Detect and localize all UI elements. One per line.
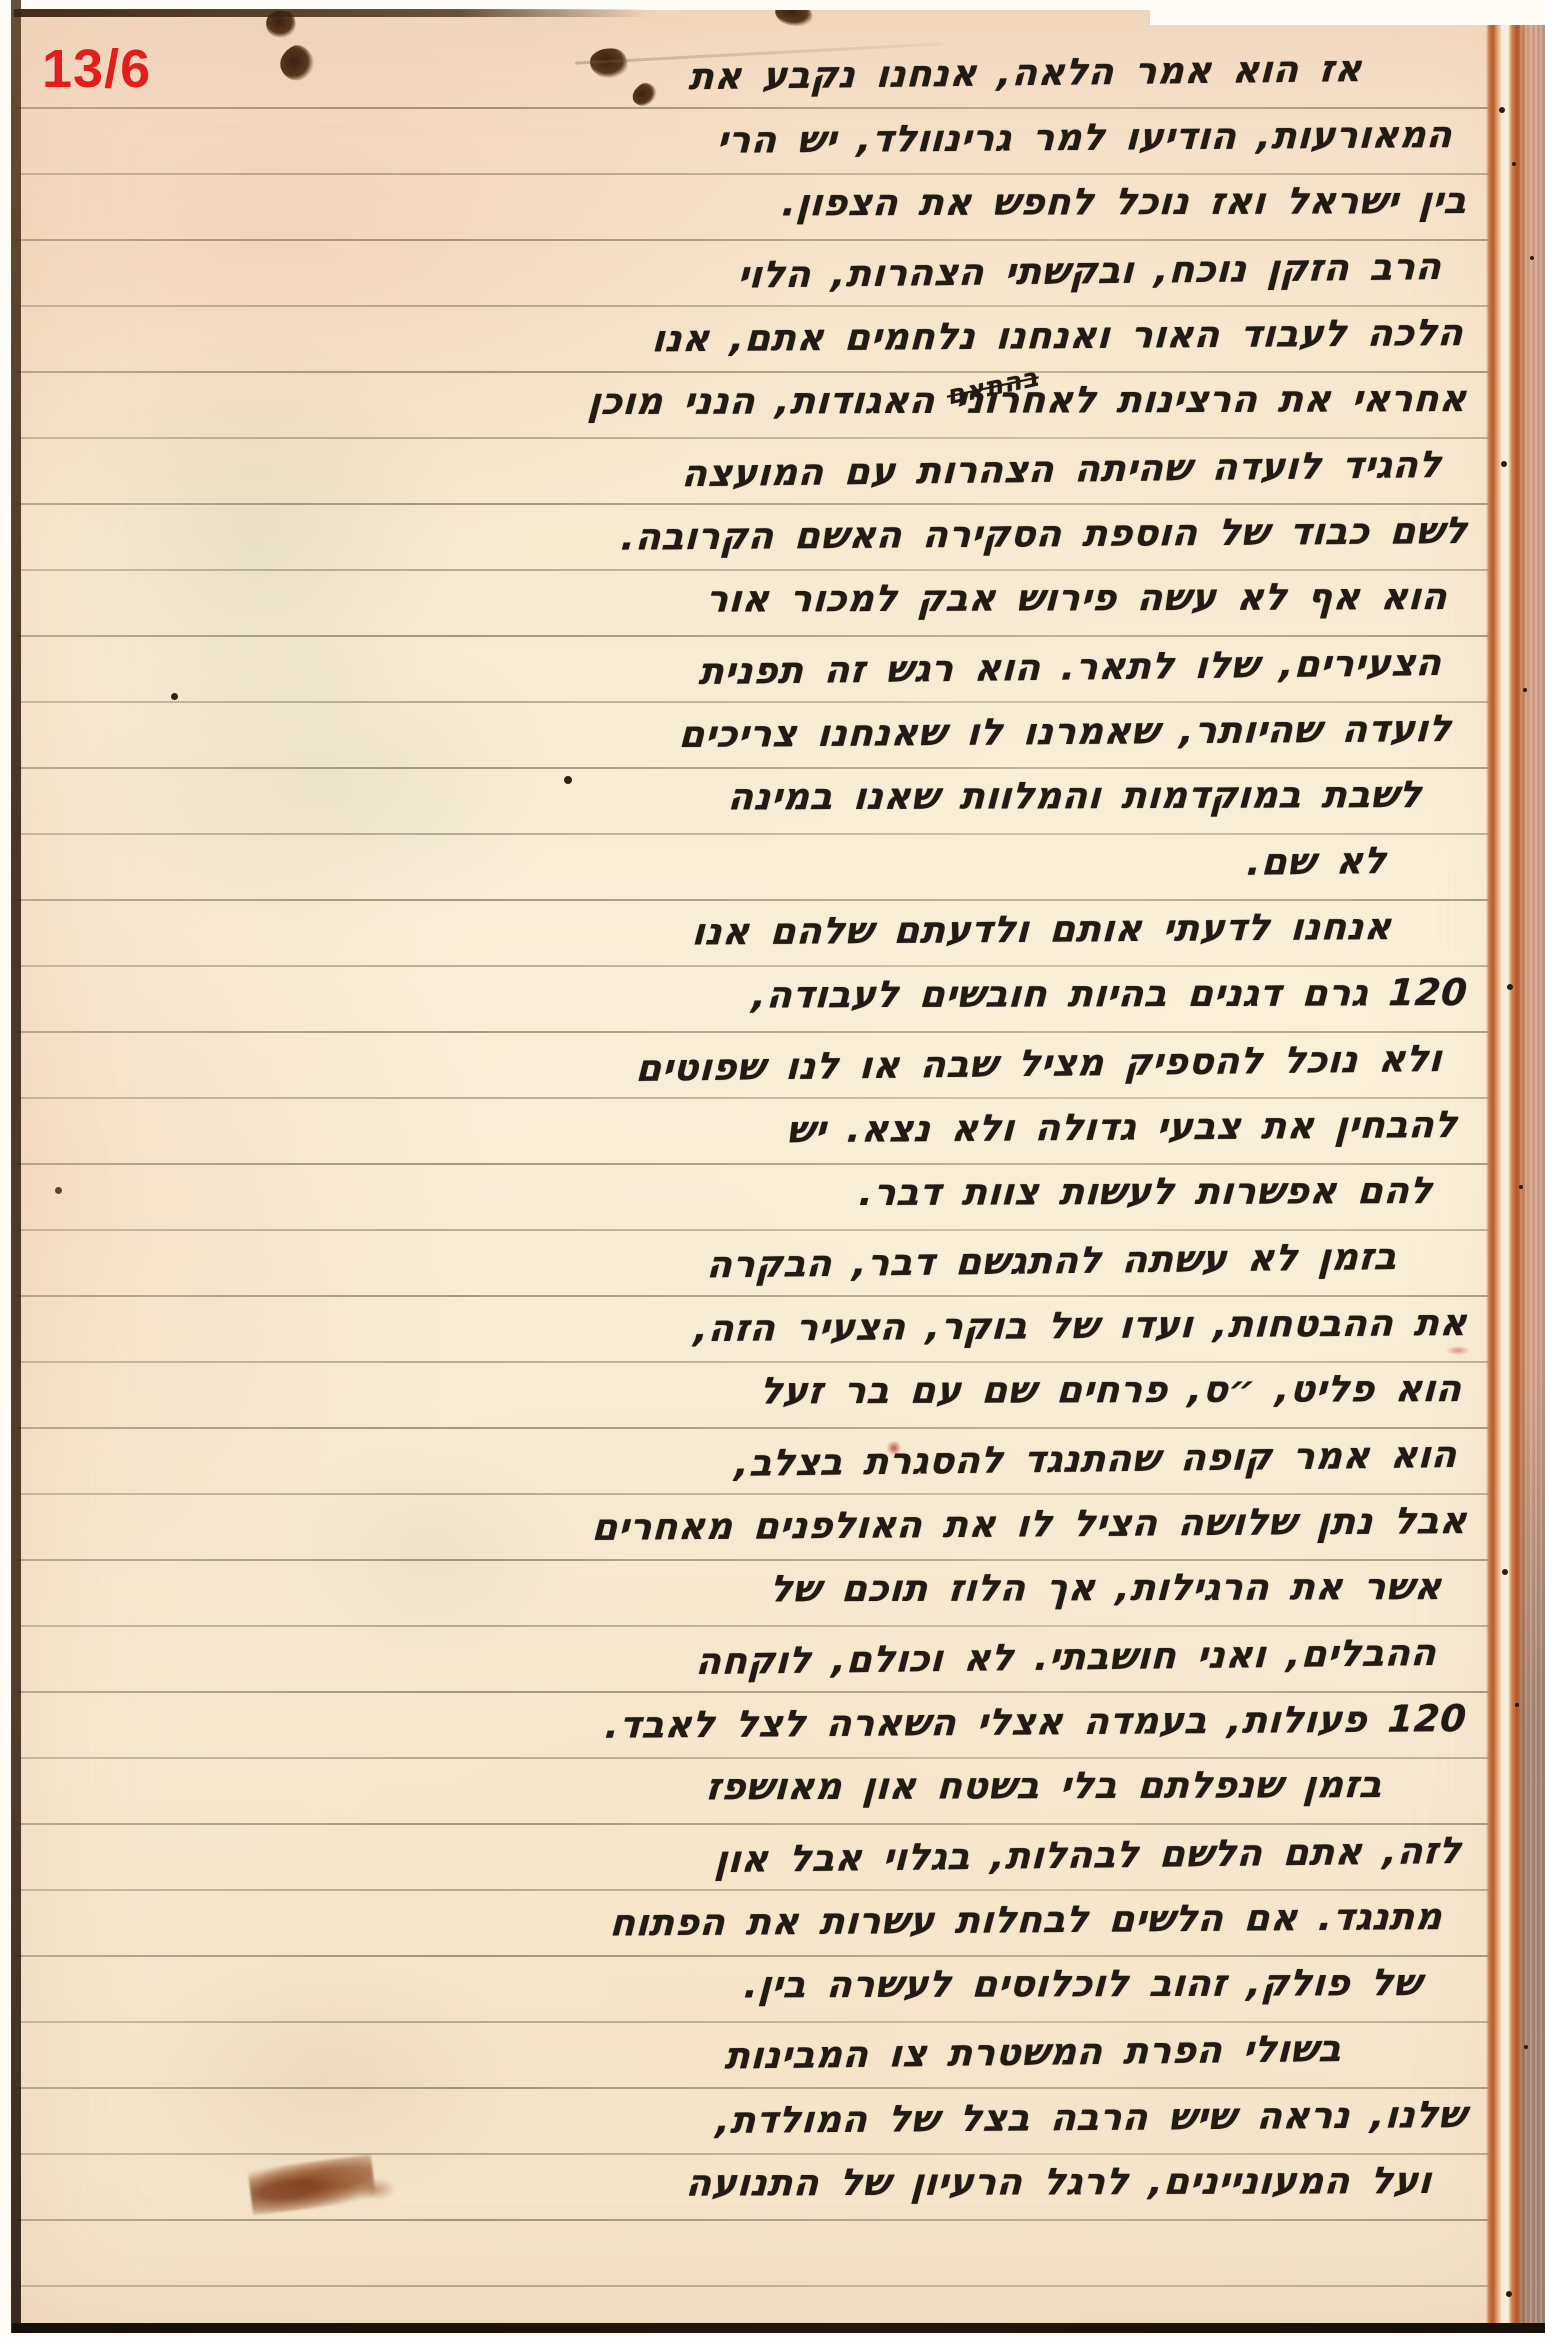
ruled-line [14,2219,1498,2221]
handwriting-line: ועל המעוניינים, לרגל הרעיון של התנועה [684,2150,1434,2215]
handwriting-line: הרב הזקן נוכח, ובקשתי הצהרות, הלוי [736,236,1443,307]
scanned-notebook-page: 13/6 אז הוא אמר הלאה, אנחנו נקבע אתהמאור… [0,0,1545,2337]
handwriting-line: לשם כבוד של הוספת הסקירה האשם הקרובה. [619,500,1469,569]
handwriting-line: לא שם. [1245,830,1388,894]
handwriting-line: שלנו, נראה שיש הרבה בצל של המולדת, [714,2084,1469,2152]
handwriting-line: אשר את הרגילות, אך הלוז תוכם של [768,1556,1444,1620]
scan-edge-top-right [1150,0,1545,25]
binding-texture [1520,24,1545,2324]
handwriting-line: בזמן לא עשתה להתגשם דבר, הבקרה [705,1226,1399,1296]
handwriting-line: 120 פעולות, בעמדה אצלי השארה לצל לאבד. [604,1688,1469,1757]
handwriting-line: את ההבטחות, ועדו של בוקר, הצעיר הזה, [692,1292,1469,1360]
ruled-line [14,2285,1498,2287]
scan-edge-bottom [0,2333,1545,2337]
handwriting-line: להבחין את צבעי גדולה ולא נצא. יש [785,1094,1459,1161]
handwriting-line: להגיד לועדה שהיתה הצהרות עם המועצה [680,434,1443,505]
handwriting-line: אנחנו לדעתי אותם ולדעתם שלהם אנו [690,896,1394,964]
handwriting-line: הוא אמר קופה שהתנגד להסגרת בצלב, [733,1424,1459,1495]
page-edge-bottom [12,2323,1545,2333]
handwriting-line: הצעירים, שלו לתאר. הוא רגש זה תפנית [697,632,1443,703]
handwriting-line: הלכה לעבוד האור ואנחנו נלחמים אתם, אנו [650,302,1465,370]
handwriting-line: הוא אף לא עשה פירוש אבק למכור אור [704,566,1449,631]
handwriting-line: אבל נתן שלושה הציל לו את האולפנים מאחרים [590,1490,1469,1559]
handwriting-line: של פולק, זהוב לוכלוסים לעשרה בין. [742,1952,1424,2016]
handwriting-line: לשבת במוקדמות והמלוות שאנו במינה [726,764,1424,828]
page-number-label: 13/6 [42,42,151,96]
handwriting-line: 120 גרם דגנים בהיות חובשים לעבודה, [750,962,1469,1027]
handwriting-line: ההבלים, ואני חושבתי. לא וכולם, לוקחה [694,1622,1438,1693]
handwriting-line: הוא פליט, ״ס, פרחים שם עם בר זעל [758,1358,1464,1422]
handwriting-line: המאורעות, הודיעו למר גרינוולד, יש הרי [715,104,1454,172]
handwriting-line: להם אפשרות לעשות צוות דבר. [857,1160,1435,1224]
handwriting-line: בשולי הפרת המשטרת צו המבינות [723,2018,1343,2088]
page-edge-top [14,9,649,17]
handwriting-line: אז הוא אמר הלאה, אנחנו נקבע את [687,38,1364,108]
handwriting-line: בין ישראל ואז נוכל לחפש את הצפון. [780,170,1469,234]
page-edge-left [11,0,21,2333]
handwriting-line: ולא נוכל להספיק מציל שבה או לנו שפוטים [634,1028,1444,1100]
handwriting-line: מתנגד. אם הלשים לבחלות עשרות את הפתוח [608,1886,1444,1955]
handwriting-line: לזה, אתם הלשם לבהלות, בגלוי אבל און [713,1820,1463,1891]
handwriting-line: לועדה שהיותר, שאמרנו לו שאנחנו צריכים [677,698,1453,766]
handwriting-line: בזמן שנפלתם בלי בשטח און מאושפז [704,1754,1384,1818]
